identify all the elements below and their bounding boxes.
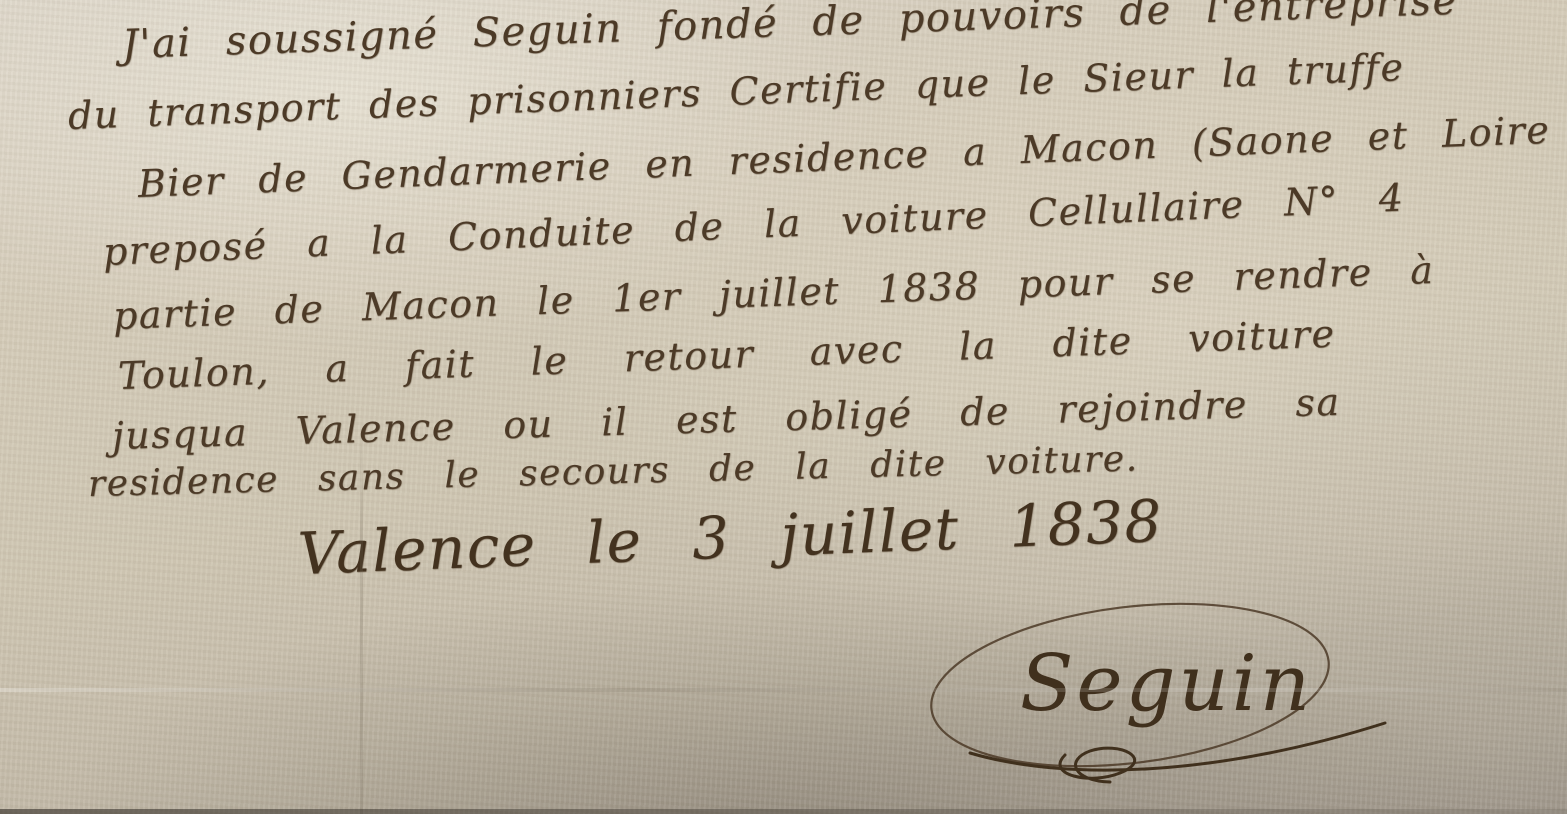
paper-bottom-shadow [0,809,1567,814]
signature: Seguin [915,585,1415,800]
signature-flourish: Seguin [915,585,1415,800]
signature-name: Seguin [1020,639,1313,729]
dateline: Valence le 3 juillet 1838 [297,487,1164,588]
manuscript-photo: J'ai soussigné Seguin fondé de pouvoirs … [0,0,1567,814]
